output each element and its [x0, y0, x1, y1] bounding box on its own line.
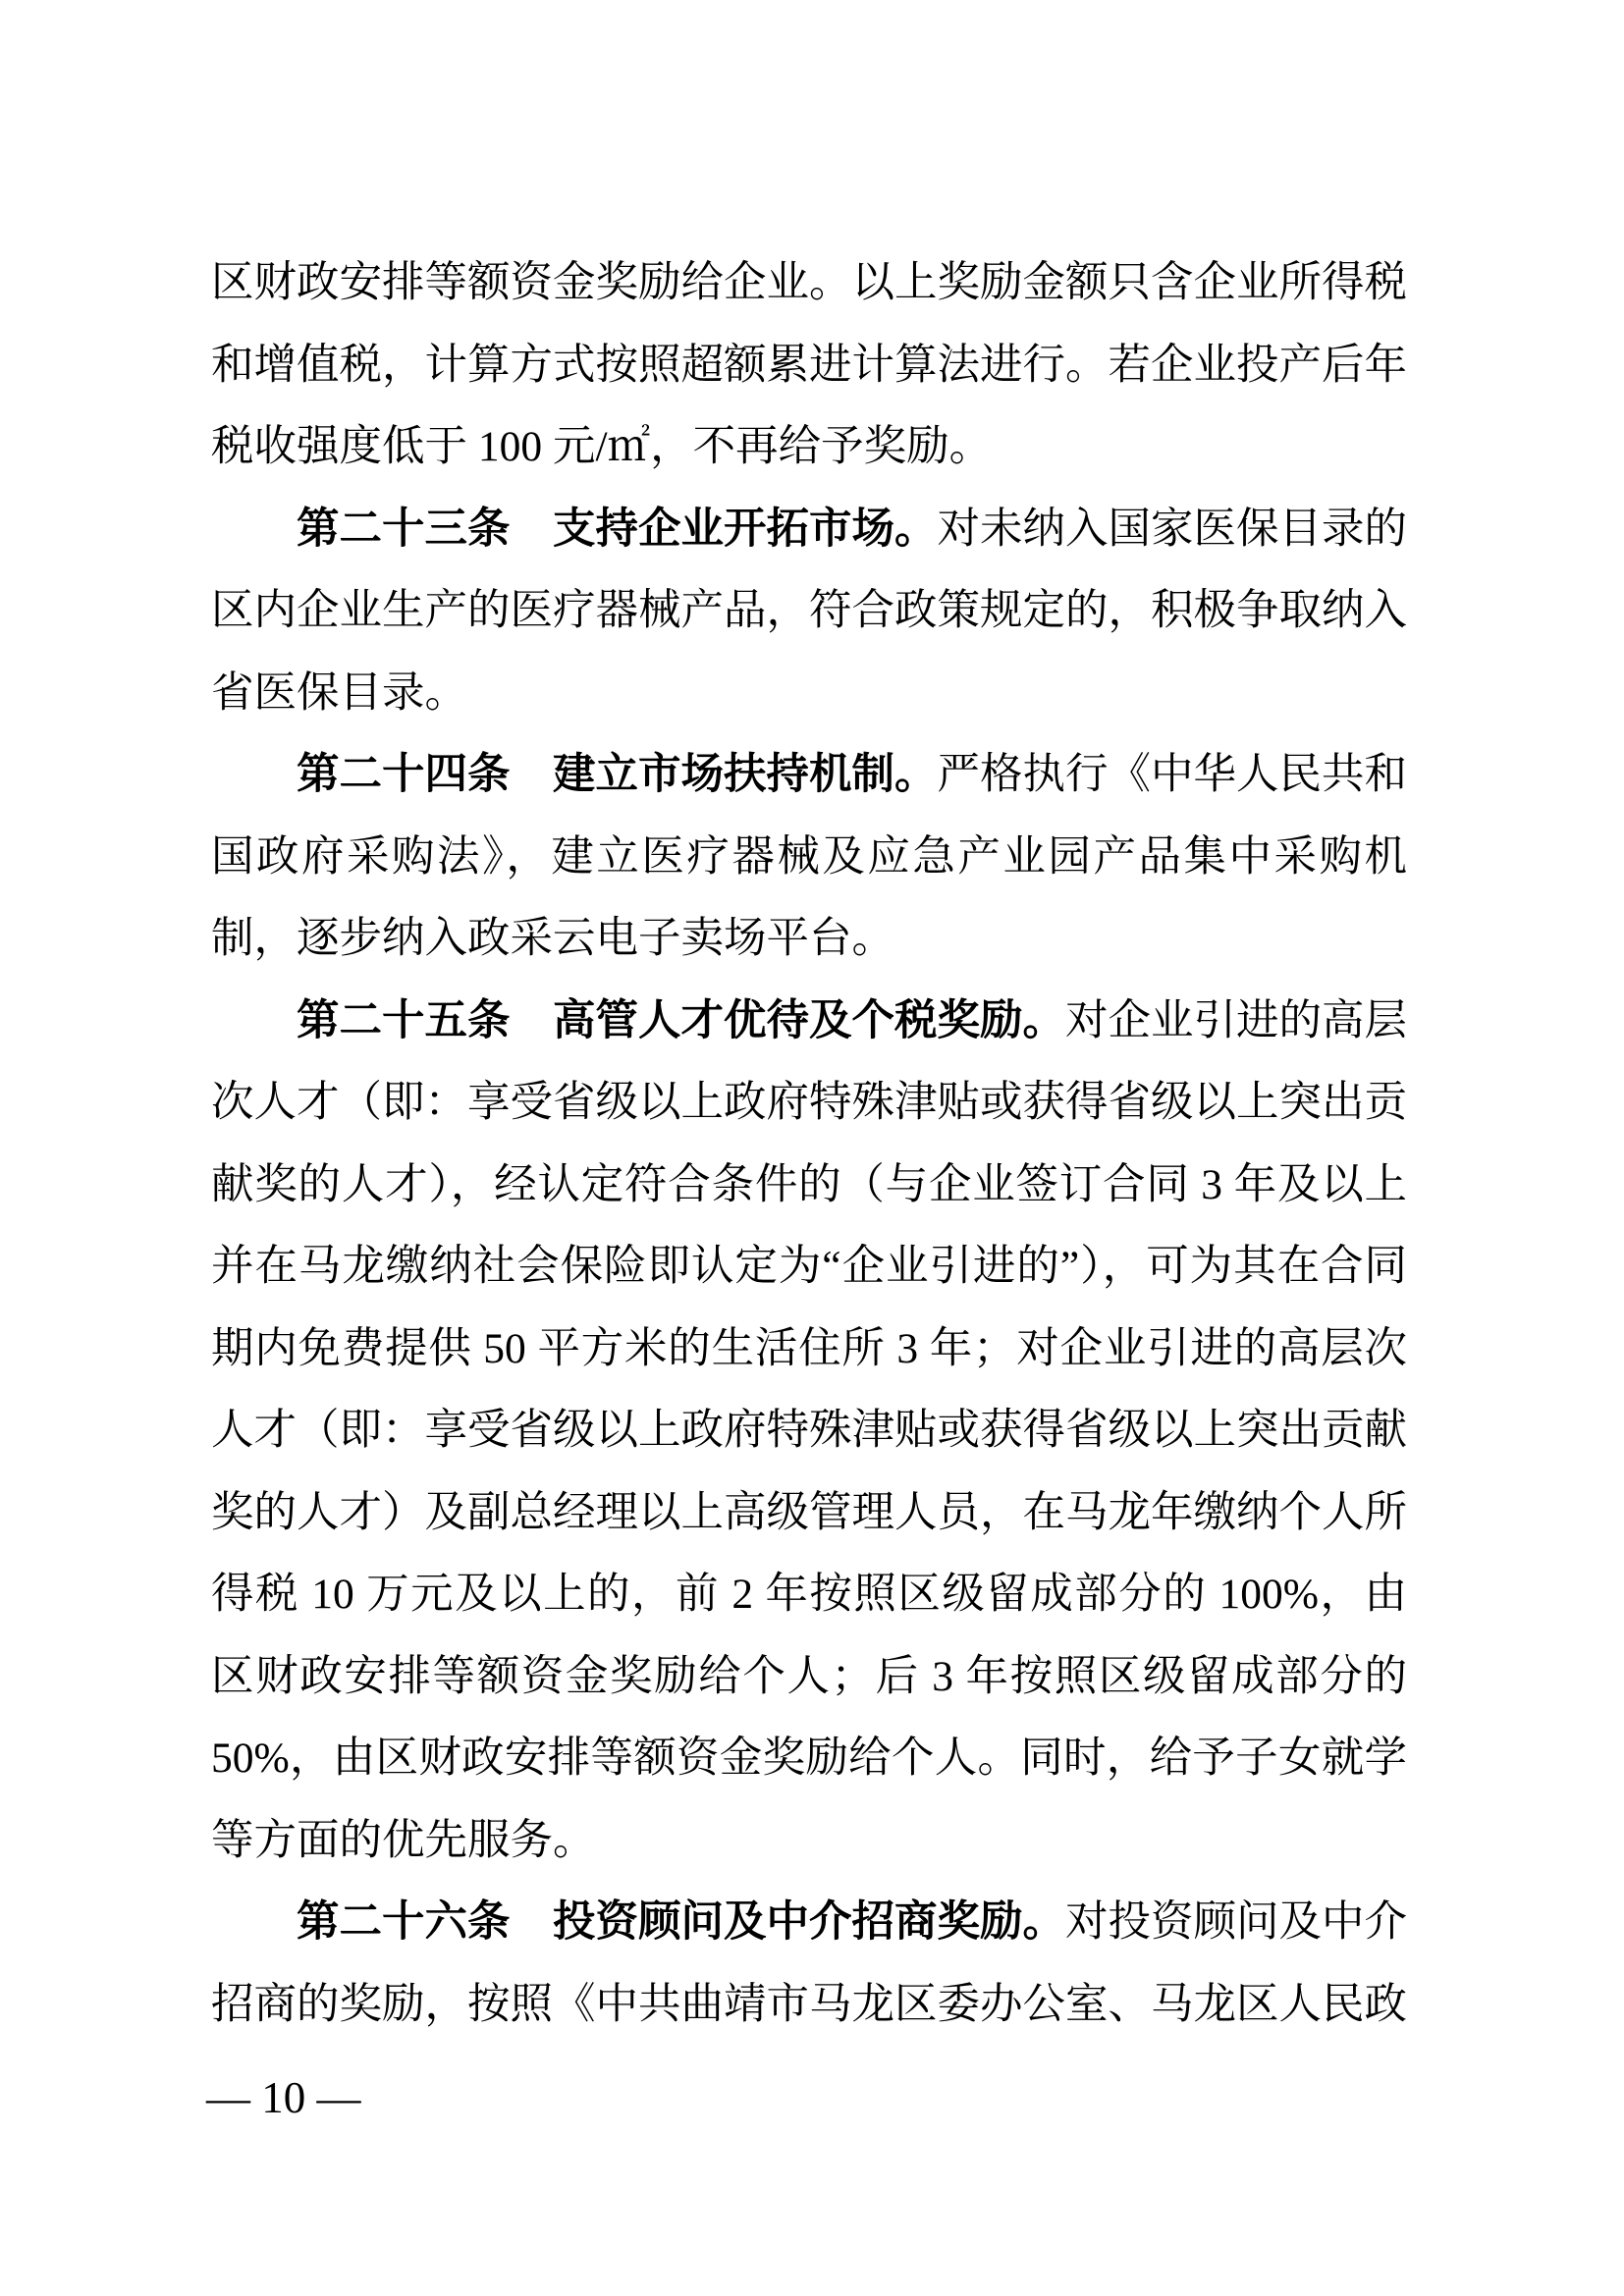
paragraph: 第二十四条建立市场扶持机制。严格执行《中华人民共和国政府采购法》，建立医疗器械及…	[211, 734, 1407, 981]
page-number: — 10 —	[206, 2073, 361, 2122]
article-topic: 建立市场扶持机制。	[553, 751, 938, 798]
paragraph: 第二十三条支持企业开拓市场。对未纳入国家医保目录的区内企业生产的医疗器械产品，符…	[211, 489, 1407, 735]
body-text: 对企业引进的高层次人才（即：享受省级以上政府特殊津贴或获得省级以上突出贡献奖的人…	[211, 997, 1407, 1864]
document-body: 区财政安排等额资金奖励给企业。以上奖励金额只含企业所得税和增值税，计算方式按照超…	[211, 242, 1407, 2046]
article-number-label: 第二十五条	[297, 997, 511, 1044]
paragraph: 区财政安排等额资金奖励给企业。以上奖励金额只含企业所得税和增值税，计算方式按照超…	[211, 242, 1407, 489]
paragraph: 第二十五条高管人才优待及个税奖励。对企业引进的高层次人才（即：享受省级以上政府特…	[211, 981, 1407, 1883]
article-number-label: 第二十三条	[297, 506, 511, 553]
article-topic: 投资顾问及中介招商奖励。	[553, 1898, 1065, 1946]
article-topic: 支持企业开拓市场。	[553, 506, 938, 553]
paragraph: 第二十六条投资顾问及中介招商奖励。对投资顾问及中介招商的奖励，按照《中共曲靖市马…	[211, 1882, 1407, 2046]
article-number-label: 第二十六条	[297, 1898, 511, 1946]
article-number-label: 第二十四条	[297, 751, 511, 798]
body-text: 区财政安排等额资金奖励给企业。以上奖励金额只含企业所得税和增值税，计算方式按照超…	[211, 259, 1407, 470]
document-page: 区财政安排等额资金奖励给企业。以上奖励金额只含企业所得税和增值税，计算方式按照超…	[0, 0, 1624, 2296]
article-topic: 高管人才优待及个税奖励。	[553, 997, 1065, 1044]
